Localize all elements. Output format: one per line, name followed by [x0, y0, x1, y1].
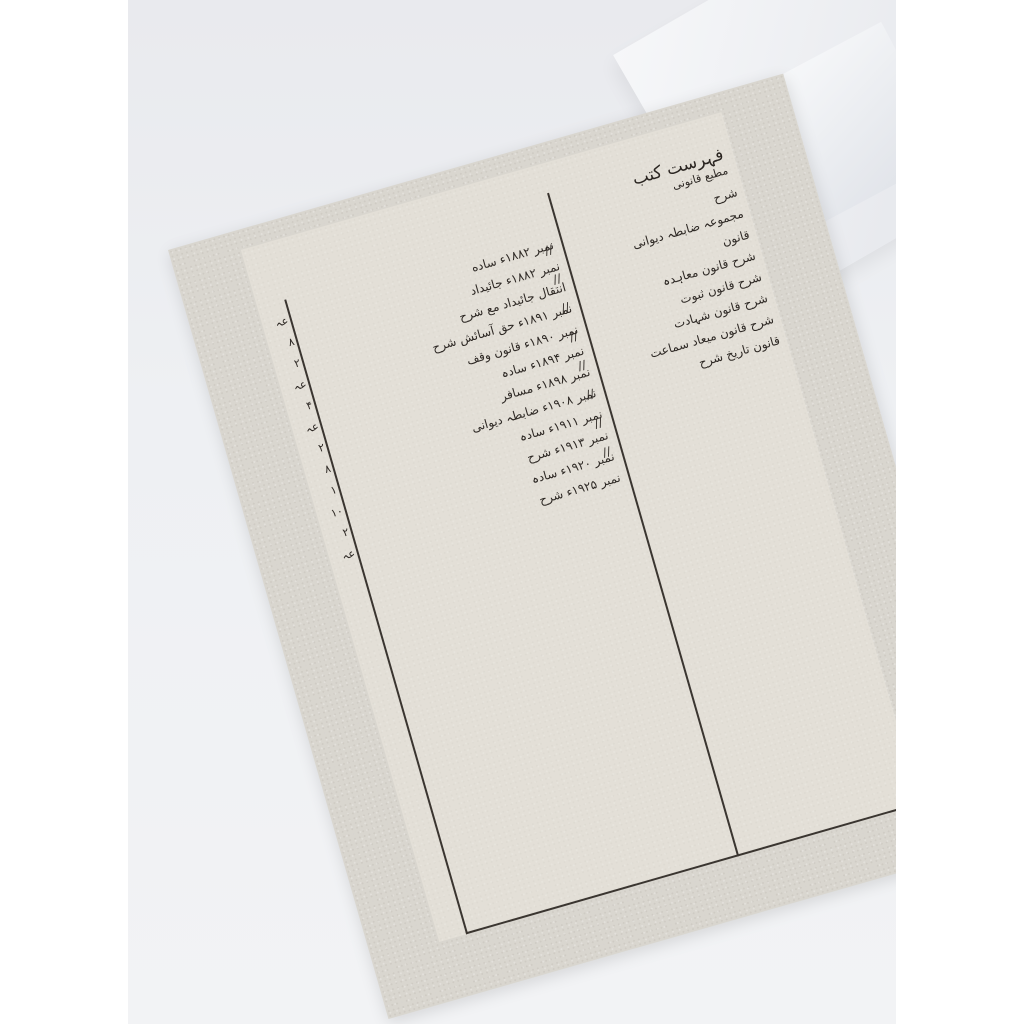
bottom-rule	[466, 803, 896, 934]
printed-area: فہرست کتب مطبع قانونی شرح مجموعہ ضابطہ د…	[241, 112, 896, 942]
price: عہ	[329, 543, 358, 571]
photo-background: فہرست کتب مطبع قانونی شرح مجموعہ ضابطہ د…	[128, 0, 896, 1024]
catalog-page: فہرست کتب مطبع قانونی شرح مجموعہ ضابطہ د…	[168, 74, 896, 1019]
